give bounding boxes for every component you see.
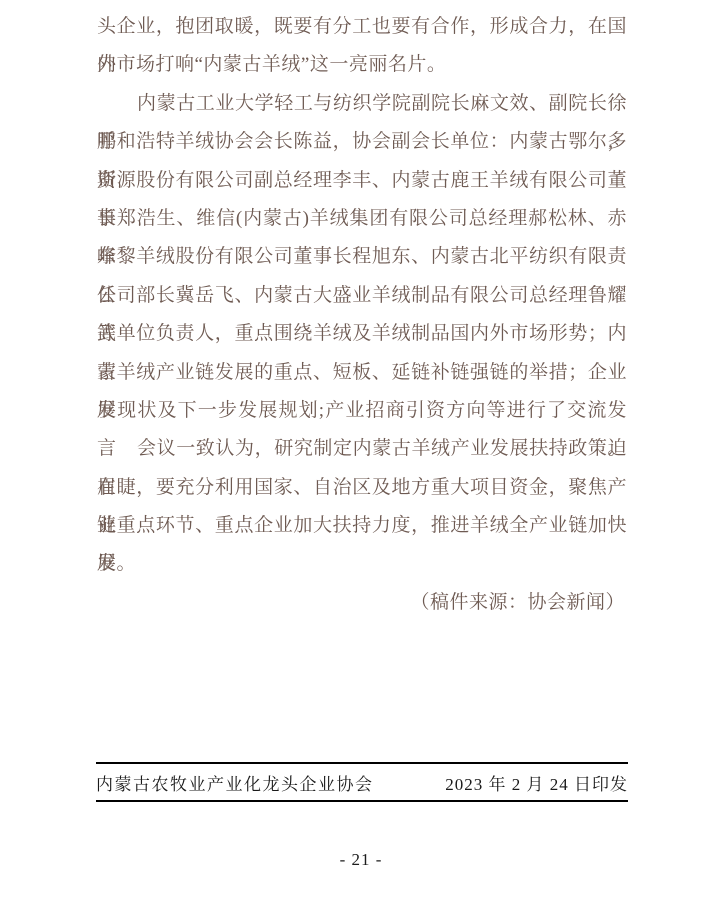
body-line: 链重点环节、重点企业加大扶持力度，推进羊绒全产业链加快发	[97, 507, 627, 545]
body-line: 内蒙古工业大学轻工与纺织学院副院长麻文效、副院长徐鹏，	[97, 85, 627, 123]
body-line: 会议一致认为，研究制定内蒙古羊绒产业发展扶持政策迫在	[97, 430, 627, 468]
source-credit: （稿件来源：协会新闻）	[97, 584, 627, 622]
issuing-organization: 内蒙古农牧业产业化龙头企业协会	[96, 770, 374, 795]
page-number: - 21 -	[0, 850, 722, 870]
body-line: 呼和浩特羊绒协会会长陈益，协会副会长单位：内蒙古鄂尔多斯	[97, 123, 627, 161]
colophon-bar: 内蒙古农牧业产业化龙头企业协会 2023 年 2 月 24 日印发	[96, 762, 628, 802]
body-line: 公司部长冀岳飞、内蒙古大盛业羊绒制品有限公司总经理鲁耀武	[97, 277, 627, 315]
body-line: 资源股份有限公司副总经理李丰、内蒙古鹿王羊绒有限公司董事	[97, 162, 627, 200]
body-line: 长郑浩生、维信(内蒙古)羊绒集团有限公司总经理郝松林、赤峰	[97, 200, 627, 238]
body-line: 眉睫，要充分利用国家、自治区及地方重大项目资金，聚焦产业	[97, 469, 627, 507]
document-body: 头企业，抱团取暖，既要有分工也要有合作，形成合力，在国内 外市场打响“内蒙古羊绒…	[97, 8, 627, 622]
body-line: 头企业，抱团取暖，既要有分工也要有合作，形成合力，在国内	[97, 8, 627, 46]
document-page: 头企业，抱团取暖，既要有分工也要有合作，形成合力，在国内 外市场打响“内蒙古羊绒…	[0, 0, 722, 901]
body-line: 东黎羊绒股份有限公司董事长程旭东、内蒙古北平纺织有限责任	[97, 238, 627, 276]
body-line: 展。	[97, 545, 627, 583]
body-line: 展现状及下一步发展规划;产业招商引资方向等进行了交流发言。	[97, 392, 627, 430]
print-date: 2023 年 2 月 24 日印发	[445, 770, 628, 795]
body-line: 外市场打响“内蒙古羊绒”这一亮丽名片。	[97, 46, 627, 84]
body-line: 等单位负责人，重点围绕羊绒及羊绒制品国内外市场形势；内蒙	[97, 315, 627, 353]
body-line: 古羊绒产业链发展的重点、短板、延链补链强链的举措；企业发	[97, 354, 627, 392]
